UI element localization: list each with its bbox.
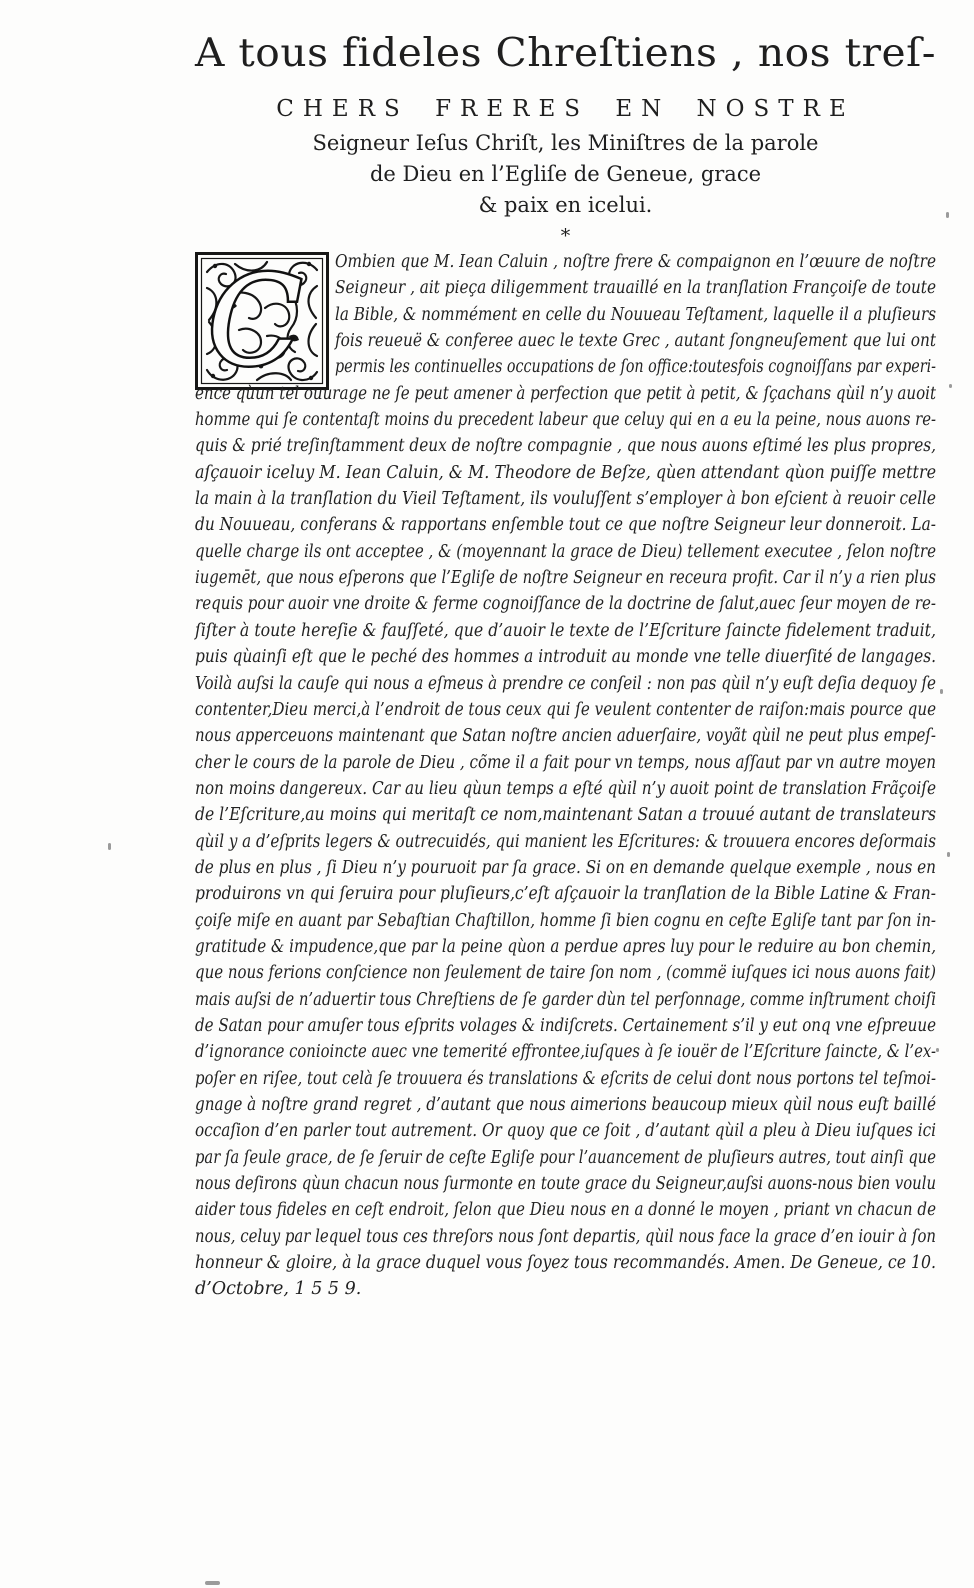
- body-line-text: quis & prié treſinſtamment deux de noſtr…: [195, 433, 936, 459]
- body-line-text: homme qui ſe contentaſt moins du precede…: [195, 407, 936, 433]
- heading-line-main: A tous fideles Chreſtiens , nos treſ-: [195, 28, 936, 80]
- dropcap-ornament-engraving: C: [195, 252, 329, 390]
- heading-line-3: Seigneur Ieſus Chriſt, les Miniſtres de …: [195, 128, 936, 159]
- body-line: çoiſe miſe en auant par Sebaſtian Chaſti…: [195, 908, 936, 934]
- body-line: de Satan pour amuſer tous eſprits volage…: [195, 1013, 936, 1039]
- body-line: requis pour auoir vne droite & ferme cog…: [195, 591, 936, 617]
- body-line: du Nouueau, conferans & rapportans enſem…: [195, 512, 936, 538]
- body-line: qùil y a d’eſprits legers & outrecuidés,…: [195, 829, 936, 855]
- heading-line-4: de Dieu en l’Egliſe de Geneue, grace: [195, 159, 936, 190]
- body-line: de plus en plus , ſi Dieu n’y pouruoit p…: [195, 855, 936, 881]
- body-line-text: ence qùun tel ouurage ne ſe peut amener …: [195, 381, 936, 407]
- body-line: Ombien que M. Iean Caluin , noſtre frere…: [335, 249, 936, 275]
- body-line: contenter,Dieu merci,à l’endroit de tous…: [195, 697, 936, 723]
- body-line-text: d’Octobre, 1 5 5 9.: [195, 1276, 361, 1302]
- dropcap-letter: C: [208, 252, 303, 390]
- body-line-text: Ombien que M. Iean Caluin , noſtre frere…: [335, 249, 936, 275]
- body-line: poſer en riſee, tout celà ſe trouuera és…: [195, 1066, 936, 1092]
- epistle-body: C Ombien que M. Iean Caluin , noſtre fre…: [195, 249, 936, 1303]
- heading-line-5: & paix en icelui.: [195, 190, 936, 221]
- body-line-text: Voilà auſsi la cauſe qui nous a eſmeus à…: [195, 671, 936, 697]
- body-line-text: mais auſsi de n’aduertir tous Chreſtiens…: [195, 987, 936, 1013]
- body-line-text: la main à la tranſlation du Vieil Teſtam…: [195, 486, 936, 512]
- body-line-text: produirons vn qui ſeruira pour pluſieurs…: [195, 881, 936, 907]
- body-line-text: contenter,Dieu merci,à l’endroit de tous…: [195, 697, 936, 723]
- body-line: quis & prié treſinſtamment deux de noſtr…: [195, 433, 936, 459]
- body-line: que nous ferions conſcience non ſeulemen…: [195, 960, 936, 986]
- body-line-text: aſçauoir iceluy M. Iean Caluin, & M. The…: [195, 460, 936, 486]
- body-line-text: nous apperceuons maintenant que Satan no…: [195, 723, 936, 749]
- body-line-text: par ſa ſeule grace, de ſe ſeruir de ceſt…: [195, 1145, 936, 1171]
- body-line: produirons vn qui ſeruira pour pluſieurs…: [195, 881, 936, 907]
- ink-speck: [949, 384, 952, 388]
- heading-line-main-text: A tous fideles Chreſtiens , nos treſ-: [195, 28, 936, 80]
- ink-speck: [205, 1581, 220, 1585]
- body-line-text: permis les continuelles occupations de ſ…: [335, 354, 936, 380]
- body-line-text: que nous ferions conſcience non ſeulemen…: [195, 960, 936, 986]
- body-line: mais auſsi de n’aduertir tous Chreſtiens…: [195, 987, 936, 1013]
- body-line-text: cher le cours de la parole de Dieu , cõm…: [195, 750, 936, 776]
- body-line: occaſion d’en parler tout autrement. Or …: [195, 1118, 936, 1144]
- body-line: fois reueuë & conferee auec le texte Gre…: [335, 328, 936, 354]
- body-line-text: Seigneur , ait pieça diligemment trauail…: [335, 275, 936, 301]
- body-line: iugemēt, que nous eſperons que l’Egliſe …: [195, 565, 936, 591]
- body-line-text: nous deſirons qùun chacun nous ſurmonte …: [195, 1171, 936, 1197]
- body-line: ence qùun tel ouurage ne ſe peut amener …: [195, 381, 936, 407]
- body-line: la Bible, & nommément en celle du Nouuea…: [335, 302, 936, 328]
- body-line-text: honneur & gloire, à la grace duquel vous…: [195, 1250, 936, 1276]
- body-line-text: occaſion d’en parler tout autrement. Or …: [195, 1118, 936, 1144]
- body-line: nous apperceuons maintenant que Satan no…: [195, 723, 936, 749]
- body-line: Voilà auſsi la cauſe qui nous a eſmeus à…: [195, 671, 936, 697]
- body-line: nous, celuy par lequel tous ces threſors…: [195, 1224, 936, 1250]
- body-line: permis les continuelles occupations de ſ…: [335, 354, 936, 380]
- body-line-text: du Nouueau, conferans & rapportans enſem…: [195, 512, 936, 538]
- ink-speck: [946, 212, 949, 218]
- body-line: d’Octobre, 1 5 5 9.: [195, 1276, 936, 1302]
- body-line-text: ſiſter à toute hereſie & fauſſeté, que d…: [195, 618, 936, 644]
- ink-speck: [947, 852, 950, 857]
- body-line-text: de l’Eſcriture,au moins qui meritaſt ce …: [195, 802, 936, 828]
- body-line-text: fois reueuë & conferee auec le texte Gre…: [335, 328, 936, 354]
- body-line: Seigneur , ait pieça diligemment trauail…: [335, 275, 936, 301]
- ink-speck: [940, 689, 943, 694]
- body-line-text: de plus en plus , ſi Dieu n’y pouruoit p…: [195, 855, 936, 881]
- body-line: ſiſter à toute hereſie & fauſſeté, que d…: [195, 618, 936, 644]
- asterisk-ornament: *: [195, 224, 936, 248]
- ink-speck: [936, 1048, 939, 1052]
- body-line: quelle charge ils ont acceptee , & (moye…: [195, 539, 936, 565]
- body-line: cher le cours de la parole de Dieu , cõm…: [195, 750, 936, 776]
- heading-line-caps: CHERS FRERES EN NOSTRE: [195, 96, 936, 122]
- body-line-text: non moins dangereux. Car au lieu qùun te…: [195, 776, 936, 802]
- scanned-document-page: A tous fideles Chreſtiens , nos treſ- CH…: [0, 0, 974, 1588]
- body-line-text: qùil y a d’eſprits legers & outrecuidés,…: [195, 829, 936, 855]
- body-line: gratitude & impudence,que par la peine q…: [195, 934, 936, 960]
- body-line-text: la Bible, & nommément en celle du Nouuea…: [335, 302, 936, 328]
- body-line-text: quelle charge ils ont acceptee , & (moye…: [195, 539, 936, 565]
- body-line-text: d’ignorance conioincte auec vne temerité…: [195, 1039, 936, 1065]
- body-line-text: aider tous fideles en ceſt endroit, ſelo…: [195, 1197, 936, 1223]
- body-line: homme qui ſe contentaſt moins du precede…: [195, 407, 936, 433]
- body-line-text: iugemēt, que nous eſperons que l’Egliſe …: [195, 565, 936, 591]
- body-line-text: gnage à noſtre grand regret , d’autant q…: [195, 1092, 936, 1118]
- body-line: gnage à noſtre grand regret , d’autant q…: [195, 1092, 936, 1118]
- body-line: aſçauoir iceluy M. Iean Caluin, & M. The…: [195, 460, 936, 486]
- body-line-text: de Satan pour amuſer tous eſprits volage…: [195, 1013, 936, 1039]
- body-line-text: requis pour auoir vne droite & ferme cog…: [195, 591, 936, 617]
- body-line-text: puis qùainſi eſt que le peché des hommes…: [195, 644, 936, 670]
- body-line: non moins dangereux. Car au lieu qùun te…: [195, 776, 936, 802]
- body-line: aider tous fideles en ceſt endroit, ſelo…: [195, 1197, 936, 1223]
- body-line: la main à la tranſlation du Vieil Teſtam…: [195, 486, 936, 512]
- body-line-text: gratitude & impudence,que par la peine q…: [195, 934, 936, 960]
- body-line-text: poſer en riſee, tout celà ſe trouuera és…: [195, 1066, 936, 1092]
- body-line: de l’Eſcriture,au moins qui meritaſt ce …: [195, 802, 936, 828]
- ornate-dropcap-initial: C: [195, 252, 329, 390]
- body-line: d’ignorance conioincte auec vne temerité…: [195, 1039, 936, 1065]
- body-line-text: nous, celuy par lequel tous ces threſors…: [195, 1224, 936, 1250]
- body-line: par ſa ſeule grace, de ſe ſeruir de ceſt…: [195, 1145, 936, 1171]
- body-line: puis qùainſi eſt que le peché des hommes…: [195, 644, 936, 670]
- ink-speck: [108, 843, 111, 850]
- body-line: honneur & gloire, à la grace duquel vous…: [195, 1250, 936, 1276]
- epistle-heading: A tous fideles Chreſtiens , nos treſ- CH…: [195, 28, 936, 248]
- body-line: nous deſirons qùun chacun nous ſurmonte …: [195, 1171, 936, 1197]
- body-line-text: çoiſe miſe en auant par Sebaſtian Chaſti…: [195, 908, 936, 934]
- body-text-lines: Ombien que M. Iean Caluin , noſtre frere…: [195, 249, 936, 1303]
